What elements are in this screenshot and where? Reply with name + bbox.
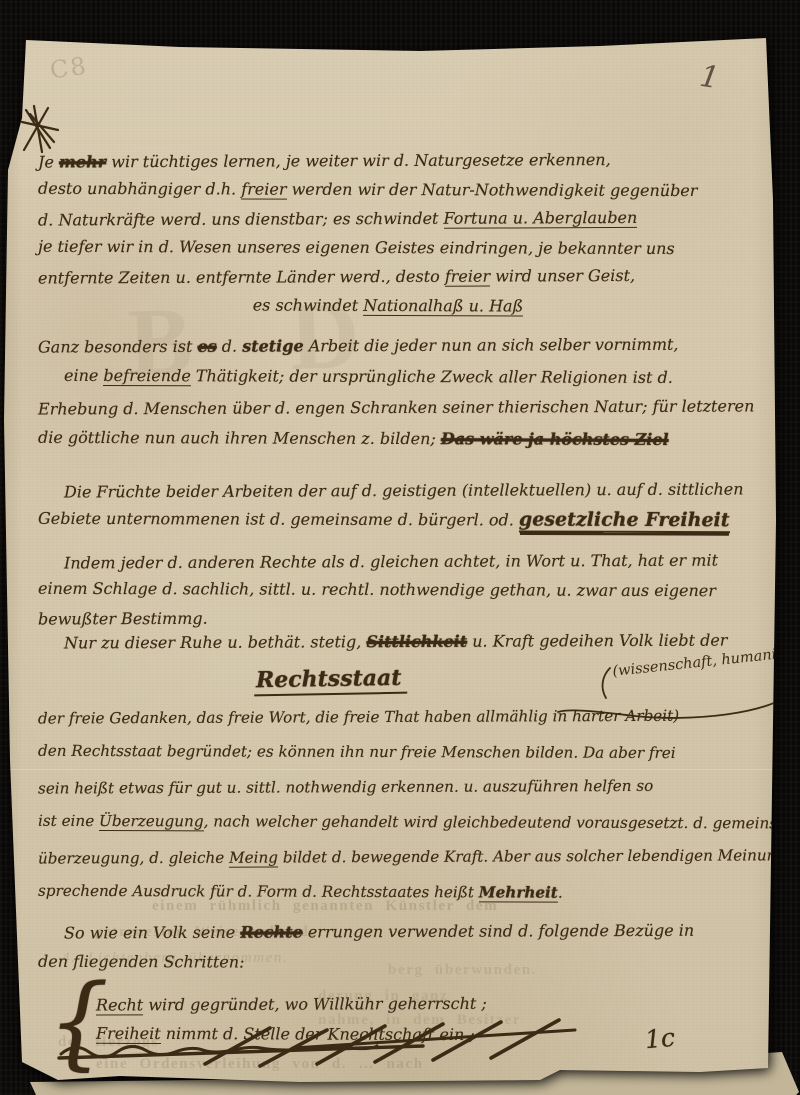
paragraph-fliegende-schritte: So wie ein Volk seine Rechte errungen ve… <box>38 916 738 978</box>
handwritten-word-emphasized: freier <box>445 267 490 287</box>
handwritten-text: u. Kraft gedeihen Volk liebt der <box>467 631 727 651</box>
handwritten-text: Thätigkeit; der ursprüngliche Zweck alle… <box>191 366 673 387</box>
handwritten-word-emphasized: Fortuna u. Aberglauben <box>443 208 637 229</box>
handwritten-text: bildet d. bewegende Kraft. Aber aus solc… <box>278 846 786 866</box>
handwritten-line: die göttliche nun auch ihren Menschen z.… <box>38 422 738 455</box>
handwritten-line: den Rechtsstaat begründet; es können ihn… <box>38 734 738 771</box>
handwritten-text: entfernte Zeiten u. entfernte Länder wer… <box>38 267 445 288</box>
handwritten-text: die göttliche nun auch ihren Menschen z.… <box>38 428 441 448</box>
handwritten-line: sprechende Ausdruck für d. Form d. Recht… <box>38 874 738 911</box>
handwritten-word-emphasized: mehr <box>59 152 106 171</box>
handwritten-text: Gebiete unternommenen ist d. gemeinsame … <box>38 509 519 530</box>
handwritten-text: Arbeit die jeder nun an sich selber vorn… <box>304 335 679 356</box>
handwritten-text: Nur zu dieser Ruhe u. bethät. stetig, <box>64 632 367 652</box>
handwritten-line: überzeugung, d. gleiche Meing bildet d. … <box>38 838 738 876</box>
handwritten-text: überzeugung, d. gleiche <box>38 849 229 868</box>
margin-scribble-icon <box>20 102 64 158</box>
handwritten-line: den fliegenden Schritten: <box>38 946 738 979</box>
handwritten-text: sprechende Ausdruck für d. Form d. Recht… <box>38 882 479 902</box>
handwritten-text: eine <box>64 366 104 385</box>
handwritten-line: Nur zu dieser Ruhe u. bethät. stetig, Si… <box>64 627 738 658</box>
handwritten-line: Ganz besonders ist es d. stetige Arbeit … <box>38 328 738 362</box>
paragraph-rechte-achten: Indem jeder d. anderen Rechte als d. gle… <box>38 548 738 632</box>
handwritten-text: es schwindet <box>253 296 364 315</box>
handwritten-text: je tiefer wir in d. Wesen unseres eigene… <box>38 237 675 258</box>
handwritten-text: einem Schlage d. sachlich, sittl. u. rec… <box>38 579 716 600</box>
handwritten-text: d. <box>217 337 243 356</box>
handwritten-text: d. Naturkräfte werd. uns dienstbar; es s… <box>38 209 444 230</box>
handwritten-text: werden wir der Natur-Nothwendigkeit gege… <box>286 180 697 200</box>
handwritten-text: wird unser Geist, <box>490 266 635 286</box>
handwritten-word-emphasized: Recht <box>96 995 143 1015</box>
handwritten-text: sein heißt etwas für gut u. sittl. nothw… <box>38 777 653 798</box>
handwritten-text: Indem jeder d. anderen Rechte als d. gle… <box>64 551 718 573</box>
handwritten-line: d. Naturkräfte werd. uns dienstbar; es s… <box>38 202 738 234</box>
handwritten-line: eine befreiende Thätigkeit; der ursprüng… <box>64 360 738 393</box>
handwritten-line: So wie ein Volk seine Rechte errungen ve… <box>64 915 738 949</box>
handwritten-text: wir tüchtiges lernen, je weiter wir d. N… <box>106 150 611 171</box>
handwritten-line: je tiefer wir in d. Wesen unseres eigene… <box>38 232 738 263</box>
paragraph-gesetzliche-freiheit: Die Früchte beider Arbeiten der auf d. g… <box>38 476 738 534</box>
handwritten-text: desto unabhängiger d.h. <box>38 179 241 199</box>
handwritten-text: bewußter Bestimmg. <box>38 609 208 629</box>
handwritten-text: So wie ein Volk seine <box>64 923 240 943</box>
handwritten-text: Ganz besonders ist <box>38 337 198 357</box>
handwritten-text: . <box>558 884 563 902</box>
handwritten-line: Die Früchte beider Arbeiten der auf d. g… <box>64 475 738 507</box>
handwritten-word-emphasized: Das wäre ja höchstes Ziel <box>441 429 669 449</box>
section-heading-rechtsstaat: Rechtsstaat <box>254 665 408 697</box>
handwritten-line: Erhebung d. Menschen über d. engen Schra… <box>38 390 738 424</box>
pencil-corner-mark: C8 <box>48 52 89 85</box>
paragraph-rechtsstaat-body: der freie Gedanken, das freie Wort, die … <box>38 700 738 910</box>
crossed-out-line-icon <box>55 1014 580 1072</box>
handwritten-text: ist eine <box>38 812 99 830</box>
handwritten-line: sein heißt etwas für gut u. sittl. nothw… <box>38 768 738 806</box>
handwritten-line: Je mehr wir tüchtiges lernen, je weiter … <box>38 144 738 176</box>
paragraph-ruhe-kraft: Nur zu dieser Ruhe u. bethät. stetig, Si… <box>38 628 738 656</box>
handwritten-word-emphasized: befreiende <box>103 366 190 386</box>
handwritten-line: Gebiete unternommenen ist d. gemeinsame … <box>38 504 738 535</box>
handwritten-line: desto unabhängiger d.h. freier werden wi… <box>38 174 738 205</box>
handwritten-word-emphasized: Rechte <box>240 922 303 941</box>
handwritten-text: Erhebung d. Menschen über d. engen Schra… <box>38 396 754 418</box>
handwritten-word-emphasized: Nationalhaß u. Haß <box>363 296 523 317</box>
manuscript-sheet: B D einem rühmlich genannten Künstler de… <box>0 0 800 1095</box>
handwritten-text: errungen verwendet sind d. folgende Bezü… <box>303 921 695 942</box>
handwritten-text: wird gegründet, wo Willkühr geherrscht ; <box>143 994 487 1014</box>
handwritten-word-emphasized: gesetzliche Freiheit <box>519 508 730 533</box>
parenthesis-swoosh-icon <box>540 662 798 724</box>
paragraph-befreiende-thaetigkeit: Ganz besonders ist es d. stetige Arbeit … <box>38 330 738 454</box>
handwritten-word-emphasized: Überzeugung <box>99 812 204 831</box>
handwritten-line: einem Schlage d. sachlich, sittl. u. rec… <box>38 575 738 605</box>
pencil-page-number: 1 <box>697 59 721 97</box>
paragraph-freiheit-natur: Je mehr wir tüchtiges lernen, je weiter … <box>38 146 738 320</box>
handwritten-word-emphasized: es <box>197 337 216 356</box>
handwritten-word-emphasized: Meing <box>229 848 278 867</box>
manuscript-sheet-wrap: B D einem rühmlich genannten Künstler de… <box>0 0 800 1095</box>
handwritten-line: entfernte Zeiten u. entfernte Länder wer… <box>38 260 738 292</box>
handwritten-line: Indem jeder d. anderen Rechte als d. gle… <box>64 547 738 578</box>
handwritten-line: es schwindet Nationalhaß u. Haß <box>38 290 738 321</box>
handwritten-line: ist eine Überzeugung, nach welcher gehan… <box>38 804 738 841</box>
handwritten-word-emphasized: freier <box>241 179 286 199</box>
handwritten-word-emphasized: Mehrheit <box>479 883 558 902</box>
handwritten-word-emphasized: stetige <box>242 336 304 355</box>
handwritten-word-emphasized: Sittlichkeit <box>366 632 467 651</box>
handwritten-text: den Rechtsstaat begründet; es können ihn… <box>38 742 676 762</box>
handwritten-text: Die Früchte beider Arbeiten der auf d. g… <box>64 480 744 502</box>
handwritten-text: , nach welcher gehandelt wird gleichbede… <box>204 812 800 832</box>
